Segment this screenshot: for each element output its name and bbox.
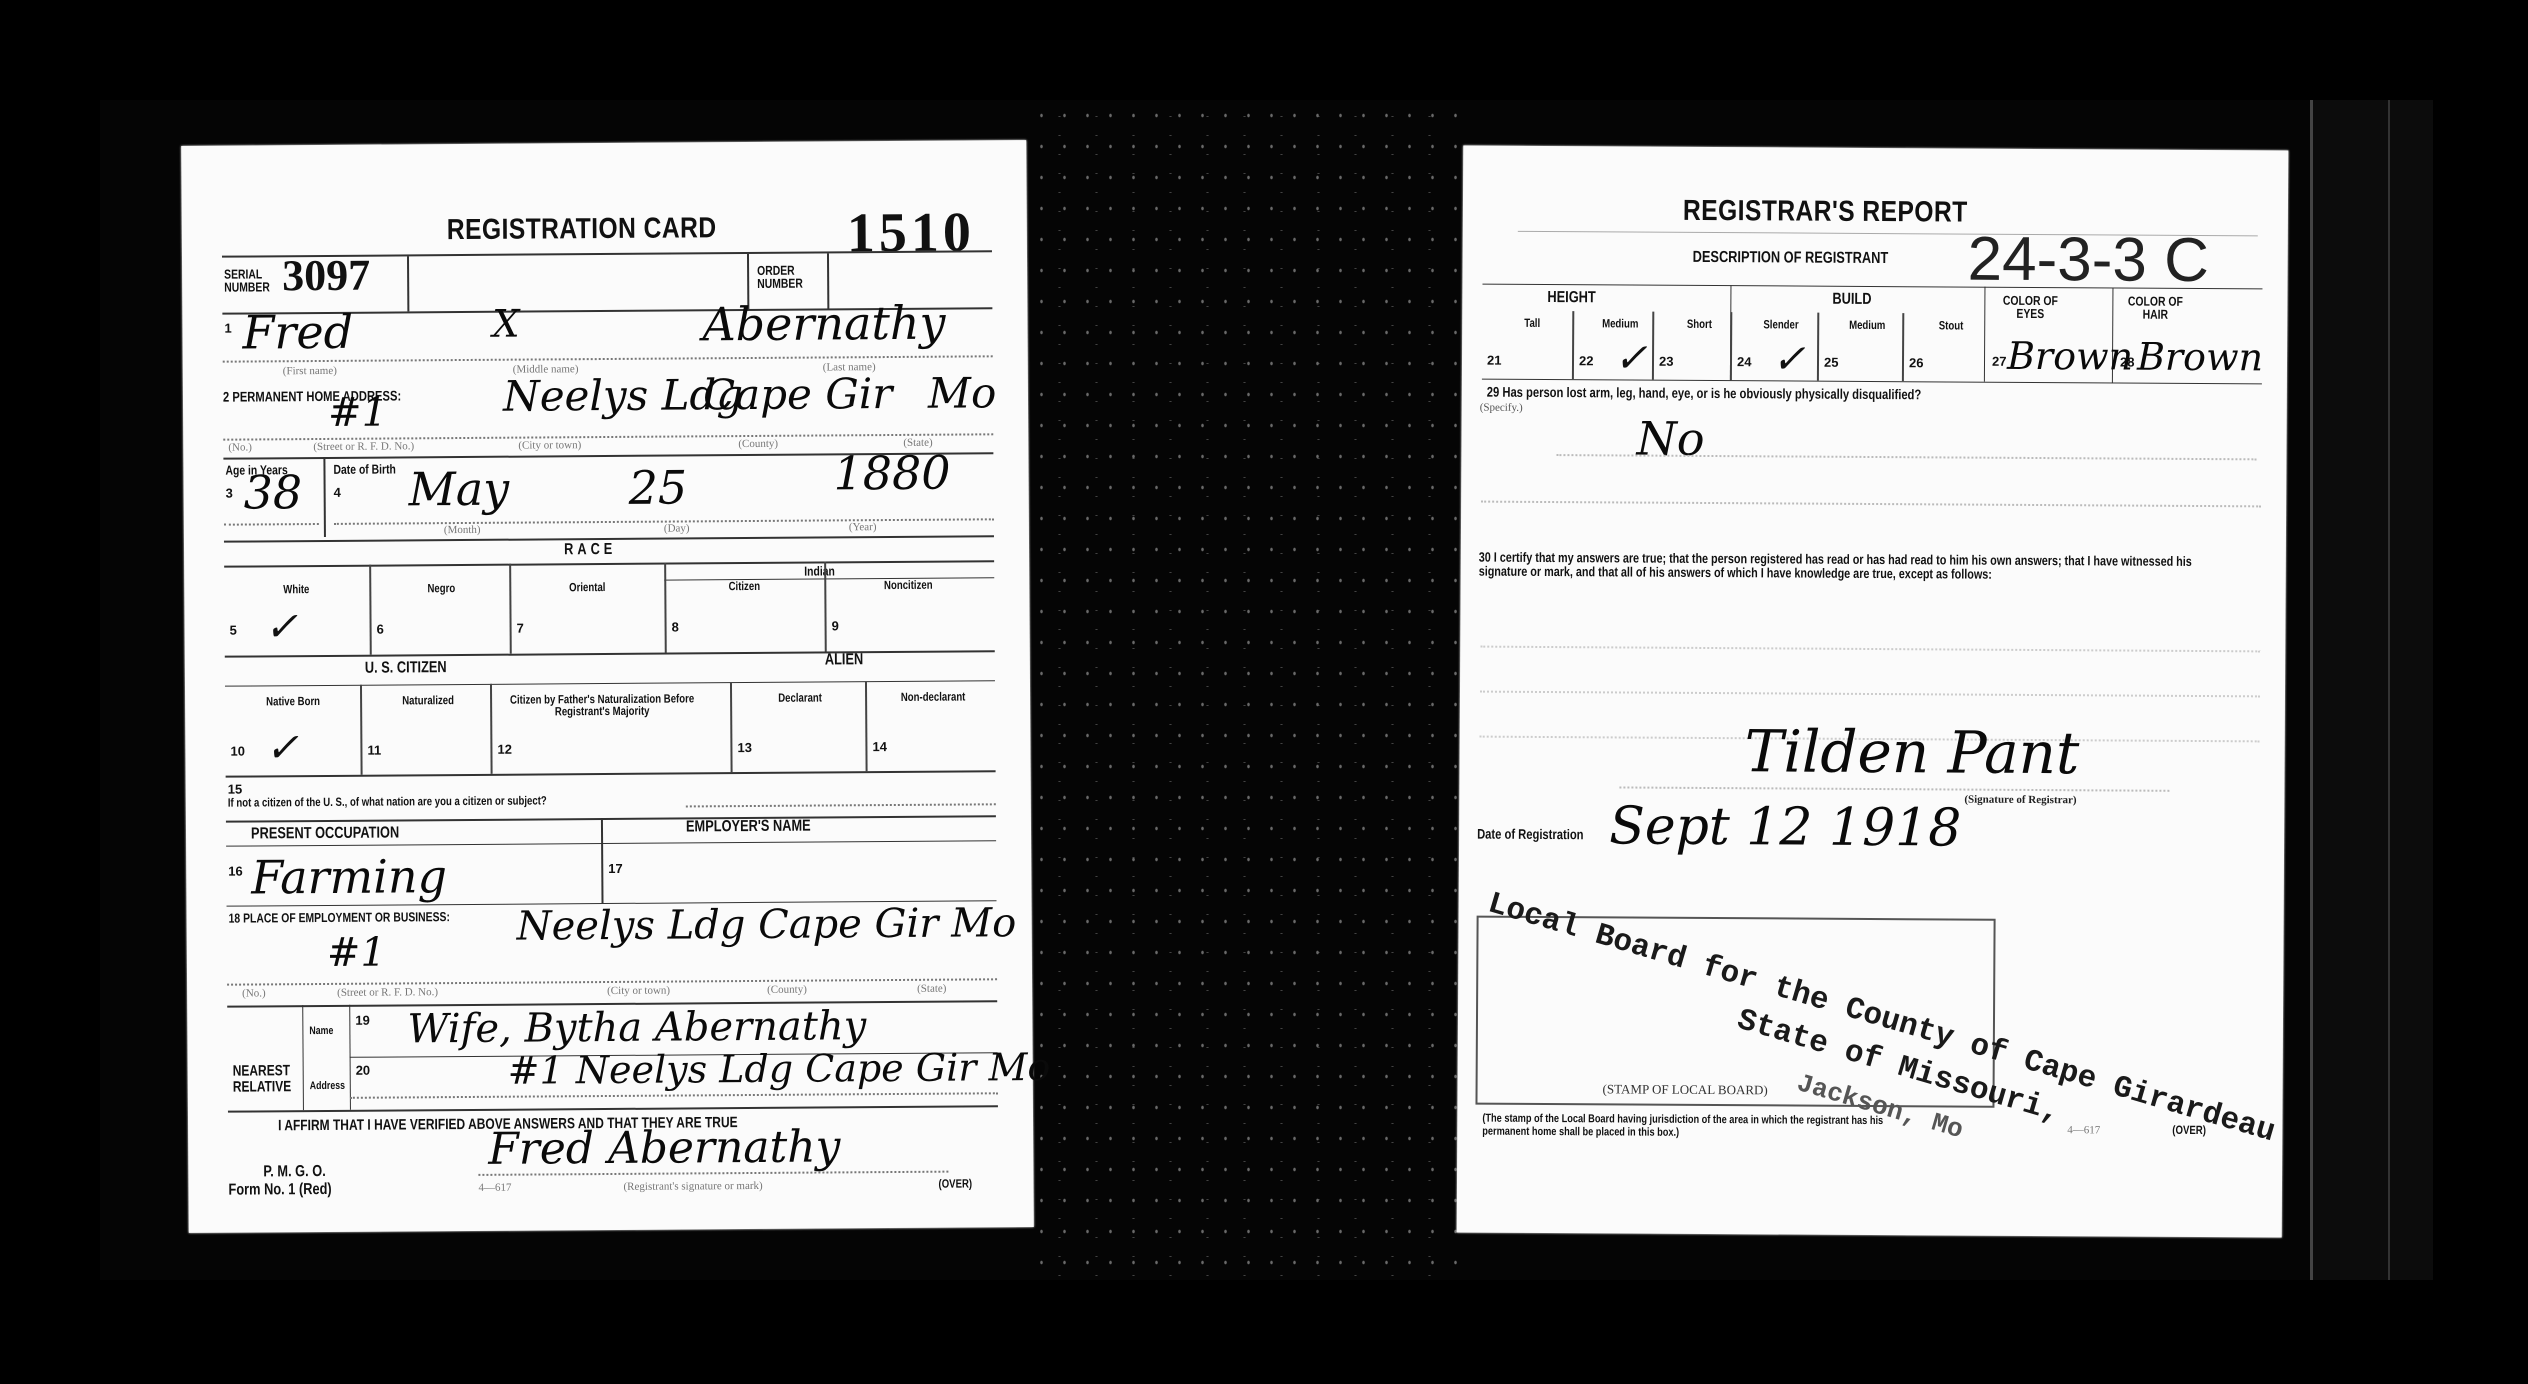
registration-card: REGISTRATION CARD 1510 SERIAL NUMBER 309… [181, 140, 1034, 1233]
cell-label: Citizen [672, 579, 816, 594]
nearest-relative-label: NEAREST RELATIVE [233, 1063, 281, 1095]
form-cell: Short23 [1652, 312, 1732, 380]
hair-color: Brown [2137, 335, 2263, 380]
place-number: #1 [327, 930, 386, 976]
item30-certification: 30 I certify that my answers are true; t… [1479, 551, 2239, 584]
form-cell: White5✓ [224, 565, 370, 656]
relative-address: #1 Neelys Ldg Cape Gir Mo [508, 1045, 1051, 1093]
first-name: Fred [242, 305, 353, 360]
cell-label: Naturalized [368, 694, 488, 707]
serial-number-label: SERIAL NUMBER [224, 267, 264, 293]
form-cell: Native Born10✓ [225, 685, 361, 776]
film-edge-strip [2310, 100, 2433, 1280]
checkmark: ✓ [265, 725, 299, 771]
cell-label: Non-declarant [873, 690, 993, 703]
place-value: Neelys Ldg Cape Gir Mo [517, 900, 1017, 949]
item15-question: If not a citizen of the U. S., of what n… [228, 793, 547, 809]
last-name: Abernathy [702, 296, 945, 352]
eye-color: Brown [2007, 334, 2133, 379]
item29-answer: No [1636, 412, 1704, 466]
order-number-label: ORDER NUMBER [757, 264, 805, 290]
us-citizen-header: U. S. CITIZEN [365, 659, 447, 678]
cell-label: Native Born [231, 695, 355, 708]
dob-month: May [408, 462, 509, 517]
form-cell: Medium22✓ [1572, 311, 1654, 379]
dob-day: 25 [628, 460, 687, 514]
place-of-employment-label: 18 PLACE OF EMPLOYMENT OR BUSINESS: [229, 909, 450, 926]
registrars-report-card: REGISTRAR'S REPORT DESCRIPTION OF REGIST… [1457, 145, 2289, 1237]
registrar-signature: Tilden Pant [1744, 717, 2079, 787]
dob-label: Date of Birth [333, 461, 396, 476]
date-of-registration-value: Sept 12 1918 [1609, 796, 1962, 858]
card-title: REGISTRATION CARD [447, 212, 717, 247]
cell-label: Stout [1910, 318, 1992, 332]
cell-label: Declarant [738, 691, 862, 704]
form-cell: Negro6 [369, 564, 512, 655]
cell-label: Oriental [517, 580, 657, 595]
form-number: Form No. 1 (Red) [228, 1181, 331, 1200]
serial-number-value: 3097 [282, 250, 370, 302]
date-of-registration-label: Date of Registration [1477, 826, 1584, 843]
address-state: Mo [928, 368, 997, 417]
alien-header: ALIEN [825, 651, 864, 669]
form-cell: Slender24✓ [1730, 312, 1819, 381]
cell-label: Tall [1488, 316, 1576, 331]
form-cell: Non-declarant14 [865, 680, 998, 771]
cell-label: White [230, 582, 362, 597]
employer-header: EMPLOYER'S NAME [686, 818, 811, 837]
form-cell: Noncitizen9 [824, 560, 997, 651]
form-cell: Medium25 [1817, 313, 1904, 382]
address-county: Cape Gir [703, 369, 893, 419]
form-cell: Oriental7 [509, 563, 667, 654]
form-cell: Citizen8 [664, 561, 827, 652]
checkmark: ✓ [264, 604, 298, 650]
form-cell: Stout26 [1902, 313, 1986, 382]
middle-name: X [492, 302, 519, 346]
form-cell: Declarant13 [730, 681, 868, 772]
address-number: #1 [328, 390, 387, 436]
order-number-value: 1510 [847, 200, 975, 265]
relative-name: Wife, Bytha Abernathy [407, 1003, 866, 1052]
form-cell: Tall21 [1482, 311, 1572, 380]
form-cell: Naturalized11 [360, 684, 493, 775]
cell-label: Medium [1580, 316, 1660, 330]
cell-label: Negro [377, 581, 505, 596]
cell-label: Citizen by Father's Naturalization Befor… [498, 692, 706, 717]
cell-label: Slender [1738, 317, 1824, 332]
dob-year: 1880 [833, 446, 950, 501]
description-subtitle: DESCRIPTION OF REGISTRANT [1693, 249, 1889, 268]
age-value: 38 [243, 465, 302, 519]
cell-label: Noncitizen [832, 577, 984, 592]
cell-label: Medium [1825, 318, 1909, 333]
checkmark: ✓ [1772, 336, 1806, 382]
scan-noise [1030, 100, 1460, 1280]
occupation-value: Farming [251, 849, 447, 904]
occupation-header: PRESENT OCCUPATION [251, 824, 399, 843]
classification-stamp: 24-3-3 C [1967, 224, 2209, 296]
item29-question: 29 Has person lost arm, leg, hand, eye, … [1487, 384, 1922, 403]
race-header: RACE [564, 541, 616, 559]
report-title: REGISTRAR'S REPORT [1683, 195, 1968, 230]
registrant-signature: Fred Abernathy [488, 1121, 841, 1174]
checkmark: ✓ [1614, 335, 1648, 381]
form-cell: Citizen by Father's Naturalization Befor… [490, 682, 733, 774]
cell-label: Short [1660, 317, 1738, 331]
stamp-note: (The stamp of the Local Board having jur… [1482, 1113, 1930, 1142]
